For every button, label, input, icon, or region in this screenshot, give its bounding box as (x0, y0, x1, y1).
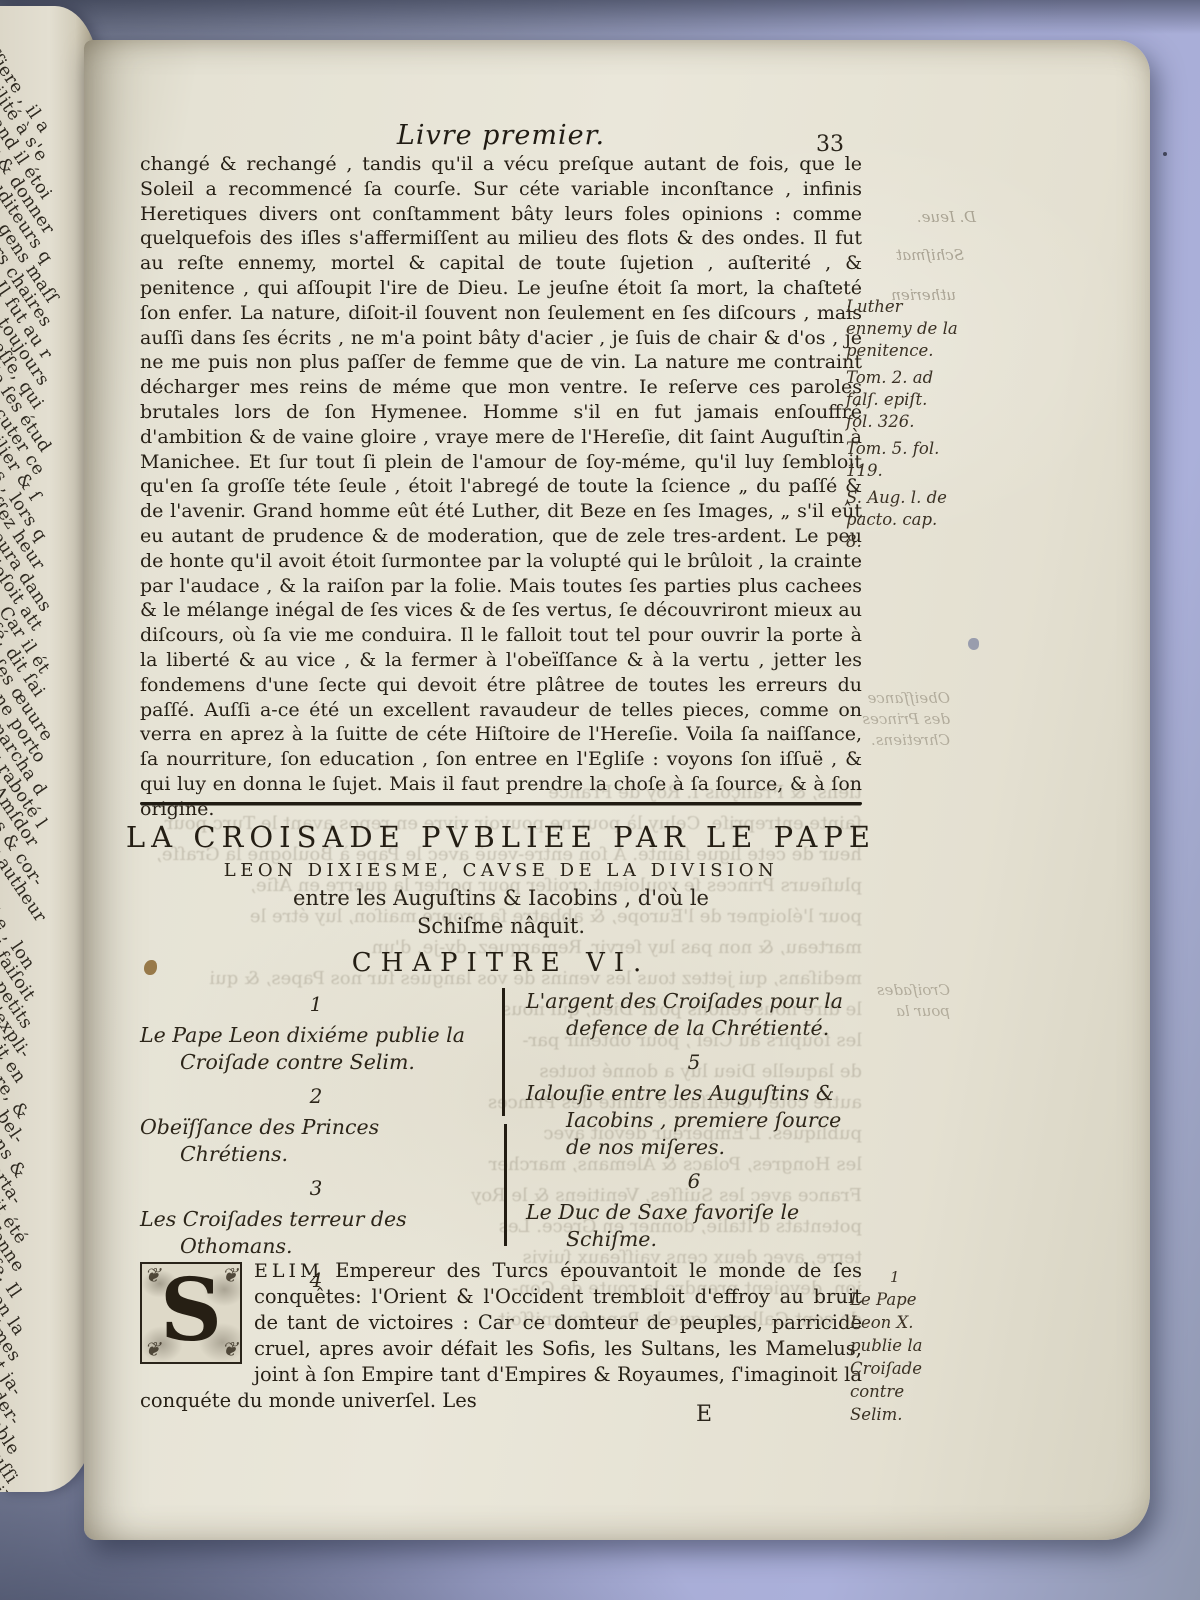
contents-column-right: L'argent des Croiſades pour la defence d… (526, 988, 862, 1253)
contents-divider (504, 1124, 507, 1246)
contents-item: Les Croiſades terreur des Othomans. (140, 1206, 492, 1260)
section-title-line1: LA CROISADE PVBLIEE PAR LE PAPE (120, 820, 882, 854)
contents-number: 5 (526, 1050, 862, 1074)
show-through-fragment: D. Ieue. (856, 208, 976, 226)
margin-notes: Luther ennemy de la penitence. Tom. 2. a… (846, 296, 958, 558)
contents-item: Ialouſie entre les Auguſtins & Iacobins … (526, 1080, 862, 1161)
contents-item: Obeïſſance des Princes Chrétiens. (140, 1114, 492, 1168)
paragraph-text: Empereur des Turcs épouvantoit le monde … (140, 1259, 862, 1412)
contents-item: L'argent des Croiſades pour la defence d… (526, 988, 862, 1042)
book-photo-scene: roſſiere , il afacilité à s'eQuand il ét… (0, 0, 1200, 1600)
section-title-line3: entre les Auguſtins & Iacobins , d'où le (120, 886, 882, 910)
contents-item: Le Duc de Saxe favoriſe le Schiſme. (526, 1199, 862, 1253)
contents-number: 1 (140, 992, 492, 1016)
running-head: Livre premier. (140, 120, 862, 151)
show-through-fragment: Schiſmat (844, 246, 964, 264)
contents-column-left: 1 Le Pape Leon dixiéme publie la Croiſad… (140, 984, 492, 1298)
ink-smudge (968, 638, 979, 650)
section-title-line2: LEON DIXIESME, CAVSE DE LA DIVISION (120, 860, 882, 881)
page-content: tiens, & François I. Roy de Franceſainte… (84, 40, 1150, 1540)
woodcut-initial: ❦ ❦ ❦ ❦ S (140, 1262, 242, 1364)
contents-number: 2 (140, 1084, 492, 1108)
margin-note: Tom. 2. ad falſ. epiſt. fol. 326. (846, 367, 958, 433)
contents-divider (502, 988, 505, 1116)
chapter-heading: CHAPITRE VI. (120, 948, 882, 978)
section-title-line4: Schiſme nâquit. (120, 914, 882, 938)
margin-note: Tom. 5. fol. 119. (846, 438, 958, 482)
section-rule (140, 802, 862, 805)
margin-note: Le Pape Leon X. publie la Croiſade contr… (850, 1288, 956, 1426)
contents-number: 6 (526, 1169, 862, 1193)
contents-number: 3 (140, 1176, 492, 1200)
chapter-opening-paragraph: ❦ ❦ ❦ ❦ S ELIM Empereur des Turcs épouva… (140, 1258, 862, 1414)
lead-capitals: ELIM (254, 1260, 323, 1282)
drop-cap-letter: S (142, 1260, 240, 1362)
margin-note: S. Aug. l. de pacto. cap. 8. (846, 487, 958, 553)
margin-note-number: 1 (890, 1268, 930, 1286)
margin-note: Luther ennemy de la penitence. (846, 296, 958, 362)
dust-speck (1163, 152, 1167, 156)
body-paragraph: changé & rechangé , tandis qu'il a vécu … (140, 152, 862, 822)
book-page: tiens, & François I. Roy de Franceſainte… (84, 40, 1150, 1540)
contents-item: Le Pape Leon dixiéme publie la Croiſade … (140, 1022, 492, 1076)
